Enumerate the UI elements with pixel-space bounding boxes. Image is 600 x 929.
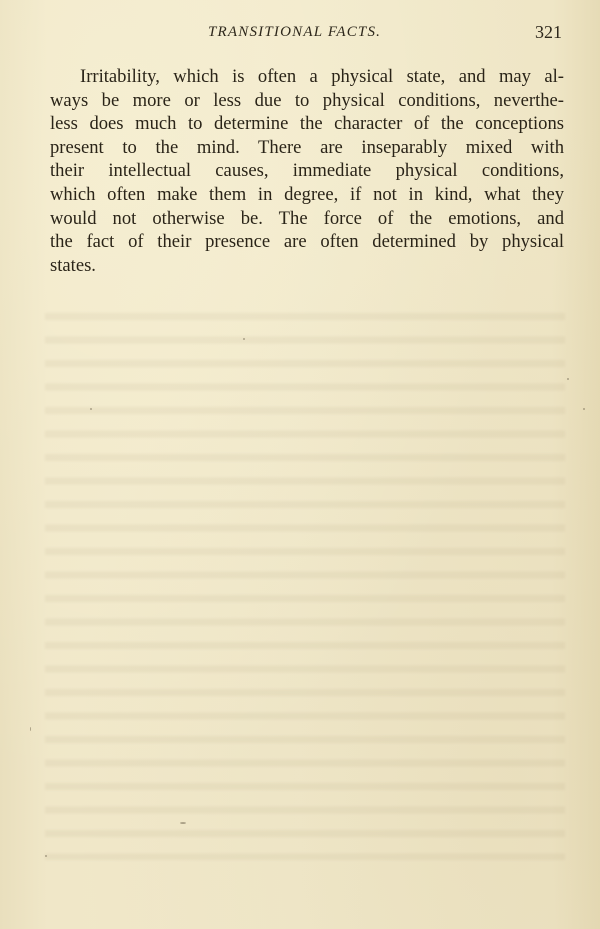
paragraph-line: their intellectual causes, immediate phy…: [50, 159, 564, 183]
reverse-side-bleed-through: [45, 300, 565, 860]
page-number: 321: [535, 22, 562, 43]
paper-speck: [90, 408, 92, 410]
paragraph-line: Irritability, which is often a physical …: [50, 65, 564, 89]
running-title: TRANSITIONAL FACTS.: [208, 24, 381, 41]
paragraph-line: the fact of their presence are often det…: [50, 230, 564, 254]
body-paragraph: Irritability, which is often a physical …: [50, 65, 564, 277]
paper-speck: [45, 855, 47, 857]
paragraph-line: states.: [50, 254, 564, 278]
paper-speck: [30, 727, 31, 731]
paragraph-line: which often make them in degree, if not …: [50, 183, 564, 207]
running-head: TRANSITIONAL FACTS. 321: [0, 24, 600, 48]
paragraph-line: present to the mind. There are inseparab…: [50, 136, 564, 160]
paragraph-line: would not otherwise be. The force of the…: [50, 207, 564, 231]
paper-speck: [243, 338, 245, 340]
paper-speck: [180, 822, 186, 824]
paragraph-line: ways be more or less due to physical con…: [50, 89, 564, 113]
paper-speck: [567, 378, 569, 380]
paragraph-line: less does much to determine the characte…: [50, 112, 564, 136]
paper-speck: [583, 408, 585, 410]
book-page: TRANSITIONAL FACTS. 321 Irritability, wh…: [0, 0, 600, 929]
